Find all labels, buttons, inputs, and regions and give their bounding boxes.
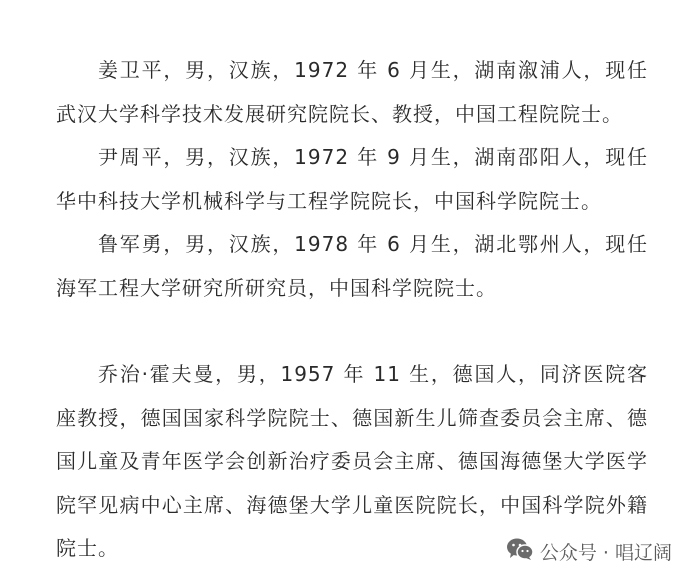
paragraph-jiang-weiping: 姜卫平，男，汉族，1972 年 6 月生，湖南溆浦人，现任武汉大学科学技术发展研… (56, 49, 648, 136)
wechat-official-account-watermark: 公众号 · 唱辽阔 (506, 537, 672, 566)
document-body: 姜卫平，男，汉族，1972 年 6 月生，湖南溆浦人，现任武汉大学科学技术发展研… (56, 49, 648, 571)
paragraph-yin-zhouping: 尹周平，男，汉族，1972 年 9 月生，湖南邵阳人，现任华中科技大学机械科学与… (56, 136, 648, 223)
wechat-icon (506, 537, 534, 566)
watermark-text: 公众号 · 唱辽阔 (540, 538, 672, 565)
paragraph-lu-junyong: 鲁军勇，男，汉族，1978 年 6 月生，湖北鄂州人，现任海军工程大学研究所研究… (56, 223, 648, 310)
